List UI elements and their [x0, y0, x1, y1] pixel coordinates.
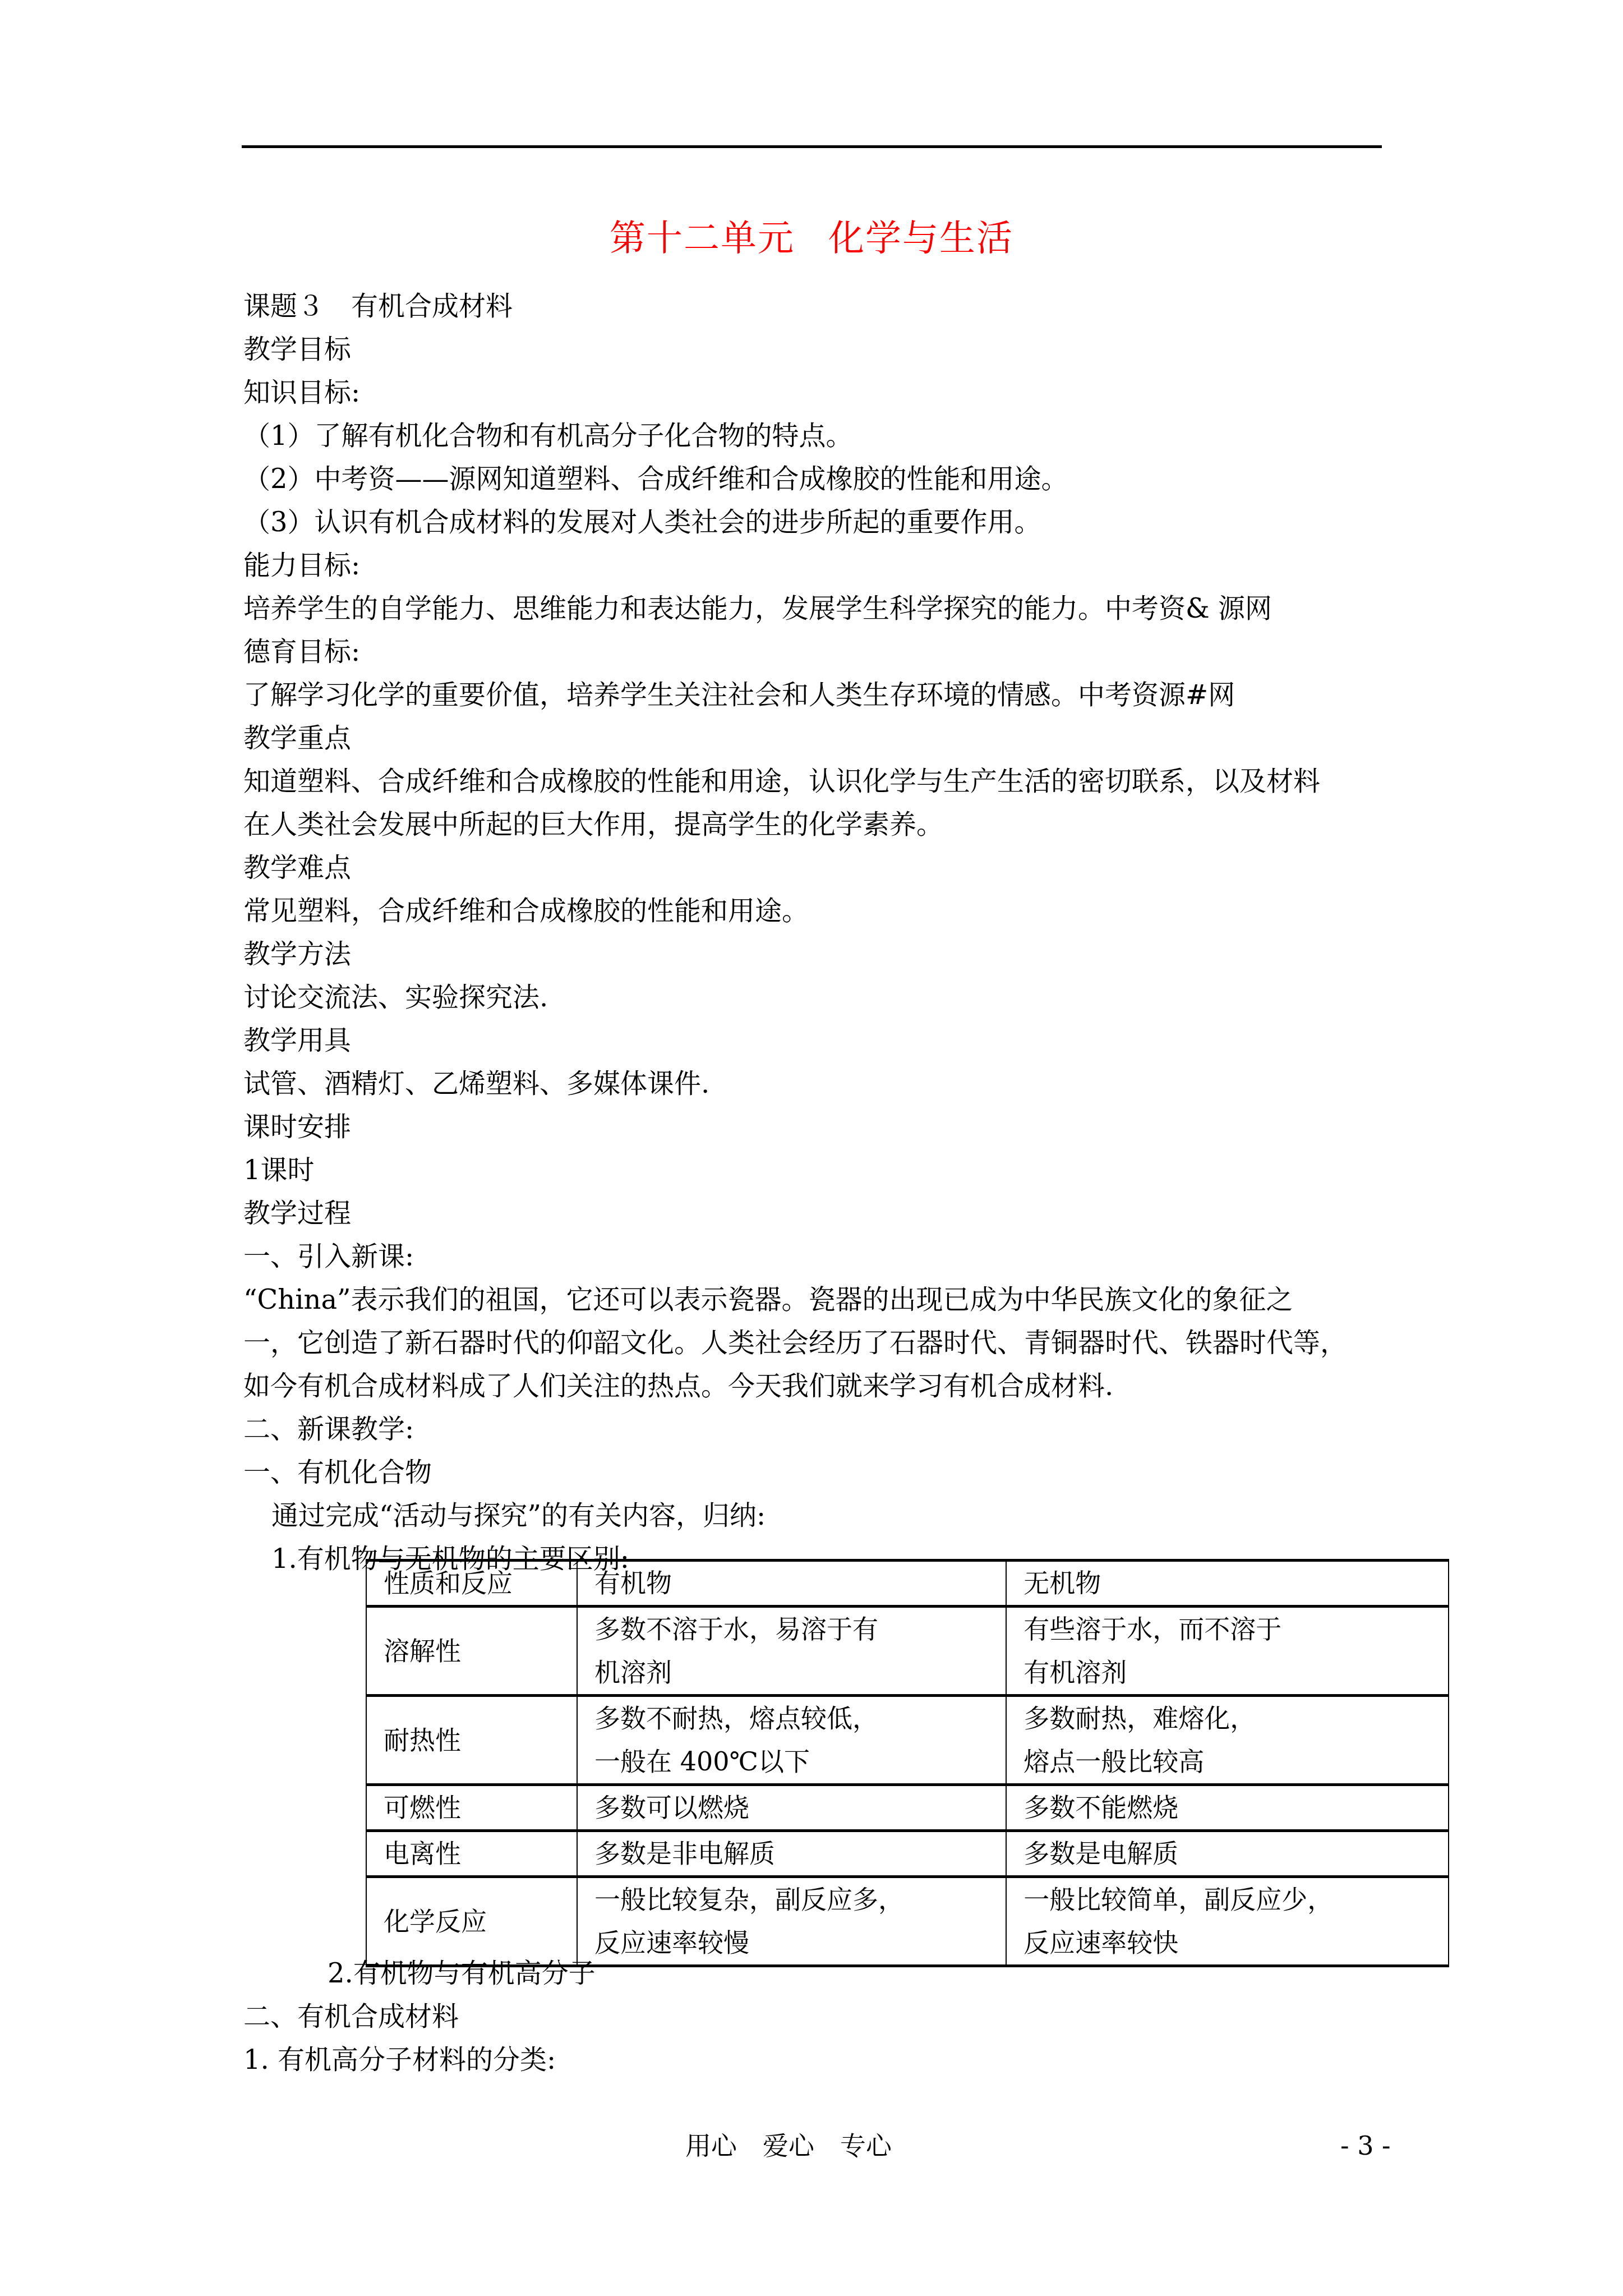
methods-text: 讨论交流法、实验探究法.	[243, 976, 1387, 1019]
section-heading-goals: 教学目标	[243, 328, 1387, 371]
document-body: 课题３ 有机合成材料 教学目标 知识目标: （1）了解有机化合物和有机高分子化合…	[243, 285, 1387, 1581]
cell-line: 机溶剂	[594, 1651, 1006, 1694]
moral-goal-text: 了解学习化学的重要价值，培养学生关注社会和人类生存环境的情感。中考资源#网	[243, 674, 1387, 717]
table-row: 耐热性 多数不耐热，熔点较低，一般在 400℃以下 多数耐热，难熔化，熔点一般比…	[366, 1696, 1449, 1785]
cell-line: 一般在 400℃以下	[594, 1740, 1006, 1783]
cell-line: 有些溶于水，而不溶于	[1023, 1608, 1448, 1651]
cell-inorganic: 多数是电解质	[1006, 1831, 1449, 1877]
cell-line: 一般比较简单，副反应少，	[1023, 1878, 1448, 1921]
footer-motto-1: 用心	[685, 2131, 737, 2161]
cell-organic: 多数是非电解质	[577, 1831, 1006, 1877]
subheading-knowledge-goals: 知识目标:	[243, 371, 1387, 415]
section-heading-key-points: 教学重点	[243, 717, 1387, 760]
section-synthetic-materials: 二、有机合成材料	[243, 1995, 1387, 2039]
section-heading-difficulties: 教学难点	[243, 846, 1387, 890]
ability-goal-text: 培养学生的自学能力、思维能力和表达能力，发展学生科学探究的能力。中考资& 源网	[243, 587, 1387, 631]
page-number: - 3 -	[1340, 2129, 1391, 2162]
intro-paragraph-line-3: 如今有机合成材料成了人们关注的热点。今天我们就来学习有机合成材料.	[243, 1365, 1387, 1408]
footer-motto-3: 专心	[840, 2131, 892, 2161]
cell-property: 电离性	[366, 1831, 577, 1877]
cell-property: 可燃性	[366, 1785, 577, 1831]
section-heading-process: 教学过程	[243, 1192, 1387, 1235]
cell-line: 多数耐热，难熔化，	[1023, 1697, 1448, 1740]
lesson-heading: 课题３ 有机合成材料	[243, 285, 1387, 328]
intro-paragraph-line-2: 一，它创造了新石器时代的仰韶文化。人类社会经历了石器时代、青铜器时代、铁器时代等…	[243, 1322, 1387, 1365]
activity-summary-text: 通过完成“活动与探究”的有关内容，归纳:	[243, 1494, 1387, 1538]
table-row: 可燃性 多数可以燃烧 多数不能燃烧	[366, 1785, 1449, 1831]
polymer-classification-heading: 1. 有机高分子材料的分类:	[243, 2039, 1387, 2082]
header-rule	[242, 145, 1382, 148]
cell-inorganic: 多数不能燃烧	[1006, 1785, 1449, 1831]
section-heading-schedule: 课时安排	[243, 1106, 1387, 1149]
intro-paragraph-line-1: “China”表示我们的祖国，它还可以表示瓷器。瓷器的出现已成为中华民族文化的象…	[243, 1278, 1387, 1322]
cell-property: 耐热性	[366, 1696, 577, 1785]
cell-line: 有机溶剂	[1023, 1651, 1448, 1694]
table-row: 溶解性 多数不溶于水，易溶于有机溶剂 有些溶于水，而不溶于有机溶剂	[366, 1607, 1449, 1696]
title-unit: 第十二单元	[610, 218, 795, 259]
knowledge-goal-3: （3）认识有机合成材料的发展对人类社会的进步所起的重要作用。	[243, 501, 1387, 544]
section-heading-tools: 教学用具	[243, 1019, 1387, 1062]
key-points-text-1: 知道塑料、合成纤维和合成橡胶的性能和用途，认识化学与生产生活的密切联系，以及材料	[243, 760, 1387, 803]
subsection-organic-polymers: 2.有机物与有机高分子	[243, 1952, 1387, 1995]
schedule-text: 1课时	[243, 1149, 1387, 1192]
footer-motto: 用心爱心专心	[685, 2129, 917, 2162]
cell-line: 一般比较复杂，副反应多，	[594, 1878, 1006, 1921]
subheading-ability-goals: 能力目标:	[243, 544, 1387, 587]
step-new-lesson: 二、新课教学:	[243, 1408, 1387, 1451]
cell-line: 熔点一般比较高	[1023, 1740, 1448, 1783]
organic-vs-inorganic-table: 性质和反应 有机物 无机物 溶解性 多数不溶于水，易溶于有机溶剂 有些溶于水，而…	[366, 1559, 1449, 1967]
tools-text: 试管、酒精灯、乙烯塑料、多媒体课件.	[243, 1062, 1387, 1106]
footer-motto-2: 爱心	[763, 2131, 814, 2161]
cell-organic: 多数不耐热，熔点较低，一般在 400℃以下	[577, 1696, 1006, 1785]
post-table-section: 2.有机物与有机高分子 二、有机合成材料 1. 有机高分子材料的分类:	[243, 1952, 1387, 2082]
key-points-text-2: 在人类社会发展中所起的巨大作用，提高学生的化学素养。	[243, 803, 1387, 846]
difficulties-text: 常见塑料，合成纤维和合成橡胶的性能和用途。	[243, 890, 1387, 933]
step-introduction: 一、引入新课:	[243, 1235, 1387, 1278]
page-title: 第十二单元化学与生活	[0, 213, 1623, 264]
header-property: 性质和反应	[366, 1561, 577, 1607]
knowledge-goal-2: （2）中考资——源网知道塑料、合成纤维和合成橡胶的性能和用途。	[243, 458, 1387, 501]
section-heading-methods: 教学方法	[243, 933, 1387, 976]
title-topic: 化学与生活	[828, 218, 1013, 259]
cell-organic: 多数可以燃烧	[577, 1785, 1006, 1831]
cell-inorganic: 多数耐热，难熔化，熔点一般比较高	[1006, 1696, 1449, 1785]
knowledge-goal-1: （1）了解有机化合物和有机高分子化合物的特点。	[243, 415, 1387, 458]
table-row: 电离性 多数是非电解质 多数是电解质	[366, 1831, 1449, 1877]
cell-line: 多数不耐热，熔点较低，	[594, 1697, 1006, 1740]
cell-line: 多数不溶于水，易溶于有	[594, 1608, 1006, 1651]
cell-inorganic: 有些溶于水，而不溶于有机溶剂	[1006, 1607, 1449, 1696]
cell-organic: 多数不溶于水，易溶于有机溶剂	[577, 1607, 1006, 1696]
subsection-organic-compounds: 一、有机化合物	[243, 1451, 1387, 1494]
table-header-row: 性质和反应 有机物 无机物	[366, 1561, 1449, 1607]
subheading-moral-goals: 德育目标:	[243, 631, 1387, 674]
header-inorganic: 无机物	[1006, 1561, 1449, 1607]
header-organic: 有机物	[577, 1561, 1006, 1607]
cell-property: 溶解性	[366, 1607, 577, 1696]
